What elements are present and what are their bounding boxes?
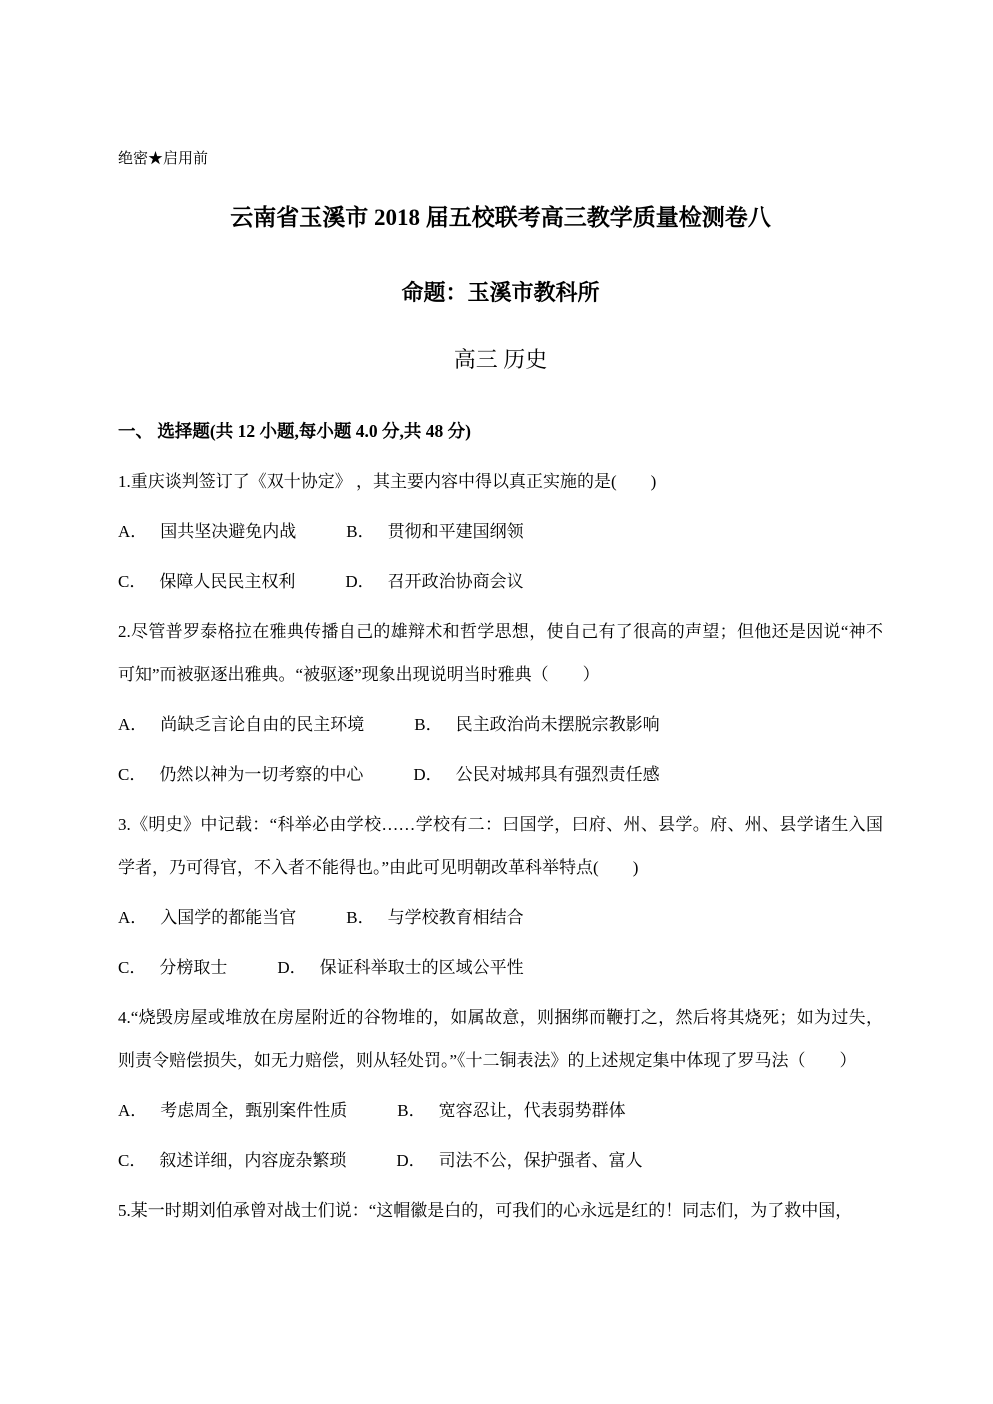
question-block: 2.尽管普罗泰格拉在雅典传播自己的雄辩术和哲学思想，使自己有了很高的声望；但他还… [118, 610, 883, 796]
option-d: D．司法不公，保护强者、富人 [396, 1139, 642, 1182]
question-stem: 2.尽管普罗泰格拉在雅典传播自己的雄辩术和哲学思想，使自己有了很高的声望；但他还… [118, 610, 883, 696]
option-a: A．入国学的都能当官 [118, 896, 296, 939]
option-text: 召开政治协商会议 [388, 572, 524, 591]
exam-title: 云南省玉溪市 2018 届五校联考高三教学质量检测卷八 [118, 203, 883, 233]
question-block: 4.“烧毁房屋或堆放在房屋附近的谷物堆的，如属故意，则捆绑而鞭打之，然后将其烧死… [118, 996, 883, 1182]
option-label: A． [118, 1101, 147, 1120]
option-label: B． [414, 715, 442, 734]
option-c: C．保障人民民主权利 [118, 560, 295, 603]
option-row: A．尚缺乏言论自由的民主环境 B．民主政治尚未摆脱宗教影响 [118, 703, 883, 746]
option-text: 叙述详细，内容庞杂繁琐 [159, 1151, 346, 1170]
option-label: B． [397, 1101, 425, 1120]
option-label: C． [118, 1151, 146, 1170]
option-text: 入国学的都能当官 [160, 908, 296, 927]
option-row: C．保障人民民主权利 D．召开政治协商会议 [118, 560, 883, 603]
option-text: 宽容忍让，代表弱势群体 [439, 1101, 626, 1120]
option-d: D．召开政治协商会议 [345, 560, 523, 603]
option-row: C．仍然以神为一切考察的中心 D．公民对城邦具有强烈责任感 [118, 753, 883, 796]
option-d: D．保证科举取士的区域公平性 [277, 946, 523, 989]
option-label: C． [118, 765, 146, 784]
option-label: B． [346, 908, 374, 927]
question-stem: 3.《明史》中记载：“科举必由学校……学校有二：曰国学，曰府、州、县学。府、州、… [118, 803, 883, 889]
question-block: 3.《明史》中记载：“科举必由学校……学校有二：曰国学，曰府、州、县学。府、州、… [118, 803, 883, 989]
option-text: 贯彻和平建国纲领 [388, 522, 524, 541]
option-text: 分榜取士 [159, 958, 227, 977]
option-label: A． [118, 522, 147, 541]
option-text: 保障人民民主权利 [159, 572, 295, 591]
exam-setter-line: 命题：玉溪市教科所 [118, 278, 883, 308]
option-b: B．宽容忍让，代表弱势群体 [397, 1089, 625, 1132]
option-row: A．入国学的都能当官 B．与学校教育相结合 [118, 896, 883, 939]
option-c: C．叙述详细，内容庞杂繁琐 [118, 1139, 346, 1182]
section-heading: 一、 选择题(共 12 小题,每小题 4.0 分,共 48 分) [118, 410, 883, 453]
option-row: C．叙述详细，内容庞杂繁琐 D．司法不公，保护强者、富人 [118, 1139, 883, 1182]
option-b: B．民主政治尚未摆脱宗教影响 [414, 703, 659, 746]
document-page: 绝密★启用前 云南省玉溪市 2018 届五校联考高三教学质量检测卷八 命题：玉溪… [0, 0, 993, 1404]
option-row: A．考虑周全，甄别案件性质 B．宽容忍让，代表弱势群体 [118, 1089, 883, 1132]
option-a: A．尚缺乏言论自由的民主环境 [118, 703, 364, 746]
option-text: 尚缺乏言论自由的民主环境 [160, 715, 364, 734]
option-text: 公民对城邦具有强烈责任感 [456, 765, 660, 784]
option-label: C． [118, 958, 146, 977]
option-row: A．国共坚决避免内战 B．贯彻和平建国纲领 [118, 510, 883, 553]
option-text: 国共坚决避免内战 [160, 522, 296, 541]
option-row: C．分榜取士 D．保证科举取士的区域公平性 [118, 946, 883, 989]
option-text: 与学校教育相结合 [388, 908, 524, 927]
option-label: D． [277, 958, 306, 977]
option-c: C．分榜取士 [118, 946, 227, 989]
question-block: 5.某一时期刘伯承曾对战士们说：“这帽徽是白的，可我们的心永远是红的！同志们，为… [118, 1189, 883, 1232]
question-stem: 1.重庆谈判签订了《双十协定》 ，其主要内容中得以真正实施的是( ) [118, 460, 883, 503]
option-c: C．仍然以神为一切考察的中心 [118, 753, 363, 796]
question-stem: 4.“烧毁房屋或堆放在房屋附近的谷物堆的，如属故意，则捆绑而鞭打之，然后将其烧死… [118, 996, 883, 1082]
option-d: D．公民对城邦具有强烈责任感 [413, 753, 659, 796]
option-label: D． [345, 572, 374, 591]
option-label: D． [396, 1151, 425, 1170]
option-label: B． [346, 522, 374, 541]
option-text: 仍然以神为一切考察的中心 [159, 765, 363, 784]
option-label: D． [413, 765, 442, 784]
question-stem: 5.某一时期刘伯承曾对战士们说：“这帽徽是白的，可我们的心永远是红的！同志们，为… [118, 1189, 883, 1232]
option-b: B．与学校教育相结合 [346, 896, 523, 939]
option-label: A． [118, 715, 147, 734]
question-block: 1.重庆谈判签订了《双十协定》 ，其主要内容中得以真正实施的是( ) A．国共坚… [118, 460, 883, 603]
option-label: C． [118, 572, 146, 591]
grade-subject-line: 高三 历史 [118, 345, 883, 375]
option-b: B．贯彻和平建国纲领 [346, 510, 523, 553]
option-a: A．国共坚决避免内战 [118, 510, 296, 553]
option-label: A． [118, 908, 147, 927]
option-text: 保证科举取士的区域公平性 [320, 958, 524, 977]
option-a: A．考虑周全，甄别案件性质 [118, 1089, 347, 1132]
classification-label: 绝密★启用前 [118, 150, 883, 169]
option-text: 民主政治尚未摆脱宗教影响 [456, 715, 660, 734]
option-text: 司法不公，保护强者、富人 [439, 1151, 643, 1170]
option-text: 考虑周全，甄别案件性质 [160, 1101, 347, 1120]
